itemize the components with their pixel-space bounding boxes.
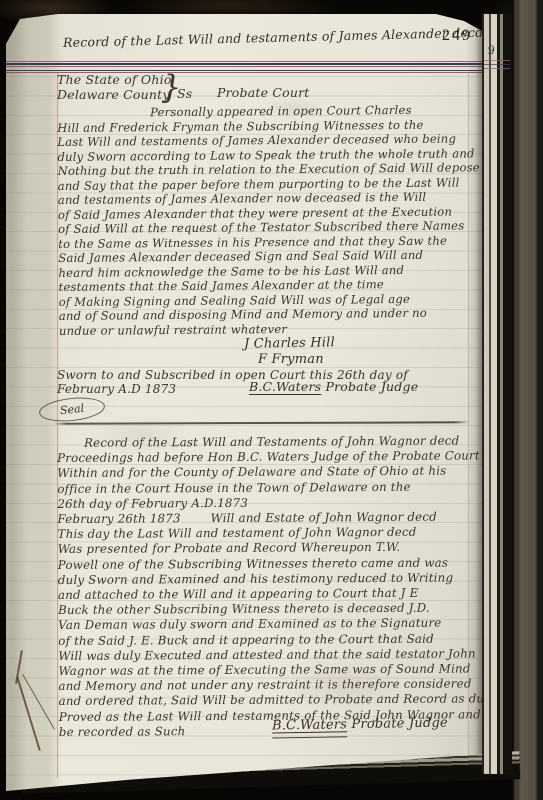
judge-signature-block-2: B.C.Waters Probate Judge <box>272 715 448 733</box>
jurisdiction-ss-label: Ss <box>177 86 192 101</box>
record2-body: Record of the Last Will and Testaments o… <box>57 433 483 740</box>
judge-title-1: Probate Judge <box>325 379 418 394</box>
witness-signature-charles-hill: J Charles Hill <box>244 335 335 352</box>
docket-date: February 26th 1873 <box>57 511 180 526</box>
jurisdiction-state: The State of Ohio <box>57 73 172 88</box>
court-name: Probate Court <box>217 85 310 100</box>
book-photo: 9 249 Record of the Last Will and testam… <box>0 0 543 800</box>
docket-title: Will and Estate of John Wagnor decd <box>211 510 437 525</box>
record-divider-line <box>54 421 470 424</box>
seal-stamp: Seal <box>38 395 106 425</box>
page-title: Record of the Last Will and testaments o… <box>63 25 467 50</box>
record1-body: Personally appeared in open Court Charle… <box>57 102 481 338</box>
ledger-page: 249 Record of the Last Will and testamen… <box>6 14 484 794</box>
record2-line: Within and for the County of Delaware an… <box>57 464 481 482</box>
judge-signature-block-1: B.C.Waters Probate Judge <box>249 379 418 394</box>
attestation-date-row: February A.D 1873 B.C.Waters Probate Jud… <box>57 382 477 396</box>
jurisdiction-block: The State of Ohio Delaware County } Ss P… <box>57 73 172 102</box>
record1-line: undue or unlawful restraint whatever <box>59 320 481 338</box>
record2-docket-line: February 26th 1873 Will and Estate of Jo… <box>57 509 481 527</box>
behind-page-rule-marks <box>484 60 510 72</box>
behind-page-number: 9 <box>487 42 495 58</box>
binding-thread <box>12 650 42 756</box>
judge-title-2: Probate Judge <box>351 715 448 732</box>
attestation-date: February A.D 1873 <box>57 382 176 396</box>
book-cover-edge <box>512 0 543 800</box>
judge-signature-2: B.C.Waters <box>272 717 347 738</box>
witness-signature-fryman: F Fryman <box>258 352 324 367</box>
right-page-edges <box>482 14 512 774</box>
jurisdiction-county: Delaware County <box>57 88 172 103</box>
judge-signature-1: B.C.Waters <box>249 379 321 394</box>
